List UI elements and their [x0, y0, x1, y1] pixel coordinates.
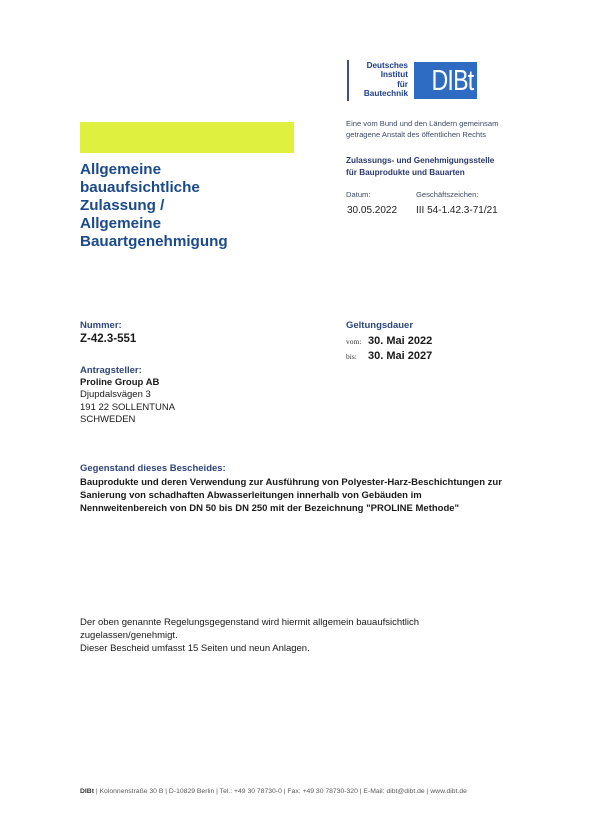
- logo-line: Deutsches: [352, 61, 408, 70]
- body-line: Dieser Bescheid umfasst 15 Seiten und ne…: [80, 642, 500, 655]
- applicant-country: SCHWEDEN: [80, 414, 175, 426]
- title-line: Allgemeine: [80, 161, 228, 179]
- office-line: für Bauprodukte und Bauarten: [346, 167, 494, 179]
- body-line: Der oben genannte Regelungsgegenstand wi…: [80, 616, 500, 629]
- validity-from: vom:30. Mai 2022: [346, 335, 432, 347]
- office-line: Zulassungs- und Genehmigungsstelle: [346, 155, 494, 167]
- document-title: Allgemeine bauaufsichtliche Zulassung / …: [80, 161, 228, 251]
- institution-note: Eine vom Bund und den Ländern gemeinsam …: [346, 118, 498, 140]
- logo-institute-name: Deutsches Institut für Bautechnik: [352, 61, 408, 99]
- date-value: 30.05.2022: [347, 205, 397, 216]
- number-label: Nummer:: [80, 320, 122, 331]
- note-line: getragene Anstalt des öffentlichen Recht…: [346, 129, 498, 140]
- footer-brand: DIBt: [80, 788, 94, 795]
- subject-text: Bauprodukte und deren Verwendung zur Aus…: [80, 476, 540, 515]
- logo-abbr: DIBt: [431, 65, 473, 98]
- validity-to: bis:30. Mai 2027: [346, 350, 432, 362]
- subject-label: Gegenstand dieses Bescheides:: [80, 463, 226, 474]
- logo-line: Institut: [352, 70, 408, 79]
- applicant-label: Antragsteller:: [80, 365, 142, 376]
- to-prefix: bis:: [346, 352, 368, 361]
- date-label: Datum:: [346, 190, 370, 199]
- applicant-street: Djupdalsvägen 3: [80, 389, 175, 401]
- title-line: Allgemeine: [80, 215, 228, 233]
- number-value: Z-42.3-551: [80, 333, 136, 345]
- subject-line: Nennweitenbereich von DN 50 bis DN 250 m…: [80, 502, 540, 515]
- approval-statement: Der oben genannte Regelungsgegenstand wi…: [80, 616, 500, 655]
- dibt-logo: DIBt: [414, 62, 477, 99]
- body-line: zugelassen/genehmigt.: [80, 629, 500, 642]
- logo-line: Bautechnik: [352, 89, 408, 98]
- issuing-office: Zulassungs- und Genehmigungsstelle für B…: [346, 155, 494, 178]
- footer-contact: DIBt | Kolonnenstraße 30 B | D-10829 Ber…: [80, 788, 467, 795]
- from-value: 30. Mai 2022: [368, 335, 432, 347]
- to-value: 30. Mai 2027: [368, 350, 432, 362]
- reference-value: III 54-1.42.3-71/21: [416, 205, 498, 216]
- logo-divider: [347, 60, 349, 101]
- title-line: Zulassung /: [80, 197, 228, 215]
- from-prefix: vom:: [346, 337, 368, 346]
- applicant-address: Proline Group AB Djupdalsvägen 3 191 22 …: [80, 377, 175, 426]
- highlight-bar: [80, 122, 294, 153]
- applicant-city: 191 22 SOLLENTUNA: [80, 402, 175, 414]
- subject-line: Bauprodukte und deren Verwendung zur Aus…: [80, 476, 540, 489]
- validity-label: Geltungsdauer: [346, 320, 413, 331]
- title-line: Bauartgenehmigung: [80, 233, 228, 251]
- note-line: Eine vom Bund und den Ländern gemeinsam: [346, 118, 498, 129]
- reference-label: Geschäftszeichen:: [416, 190, 478, 199]
- subject-line: Sanierung von schadhaften Abwasserleitun…: [80, 489, 540, 502]
- title-line: bauaufsichtliche: [80, 179, 228, 197]
- footer-details: | Kolonnenstraße 30 B | D-10829 Berlin |…: [94, 788, 467, 795]
- applicant-name: Proline Group AB: [80, 377, 175, 389]
- logo-line: für: [352, 80, 408, 89]
